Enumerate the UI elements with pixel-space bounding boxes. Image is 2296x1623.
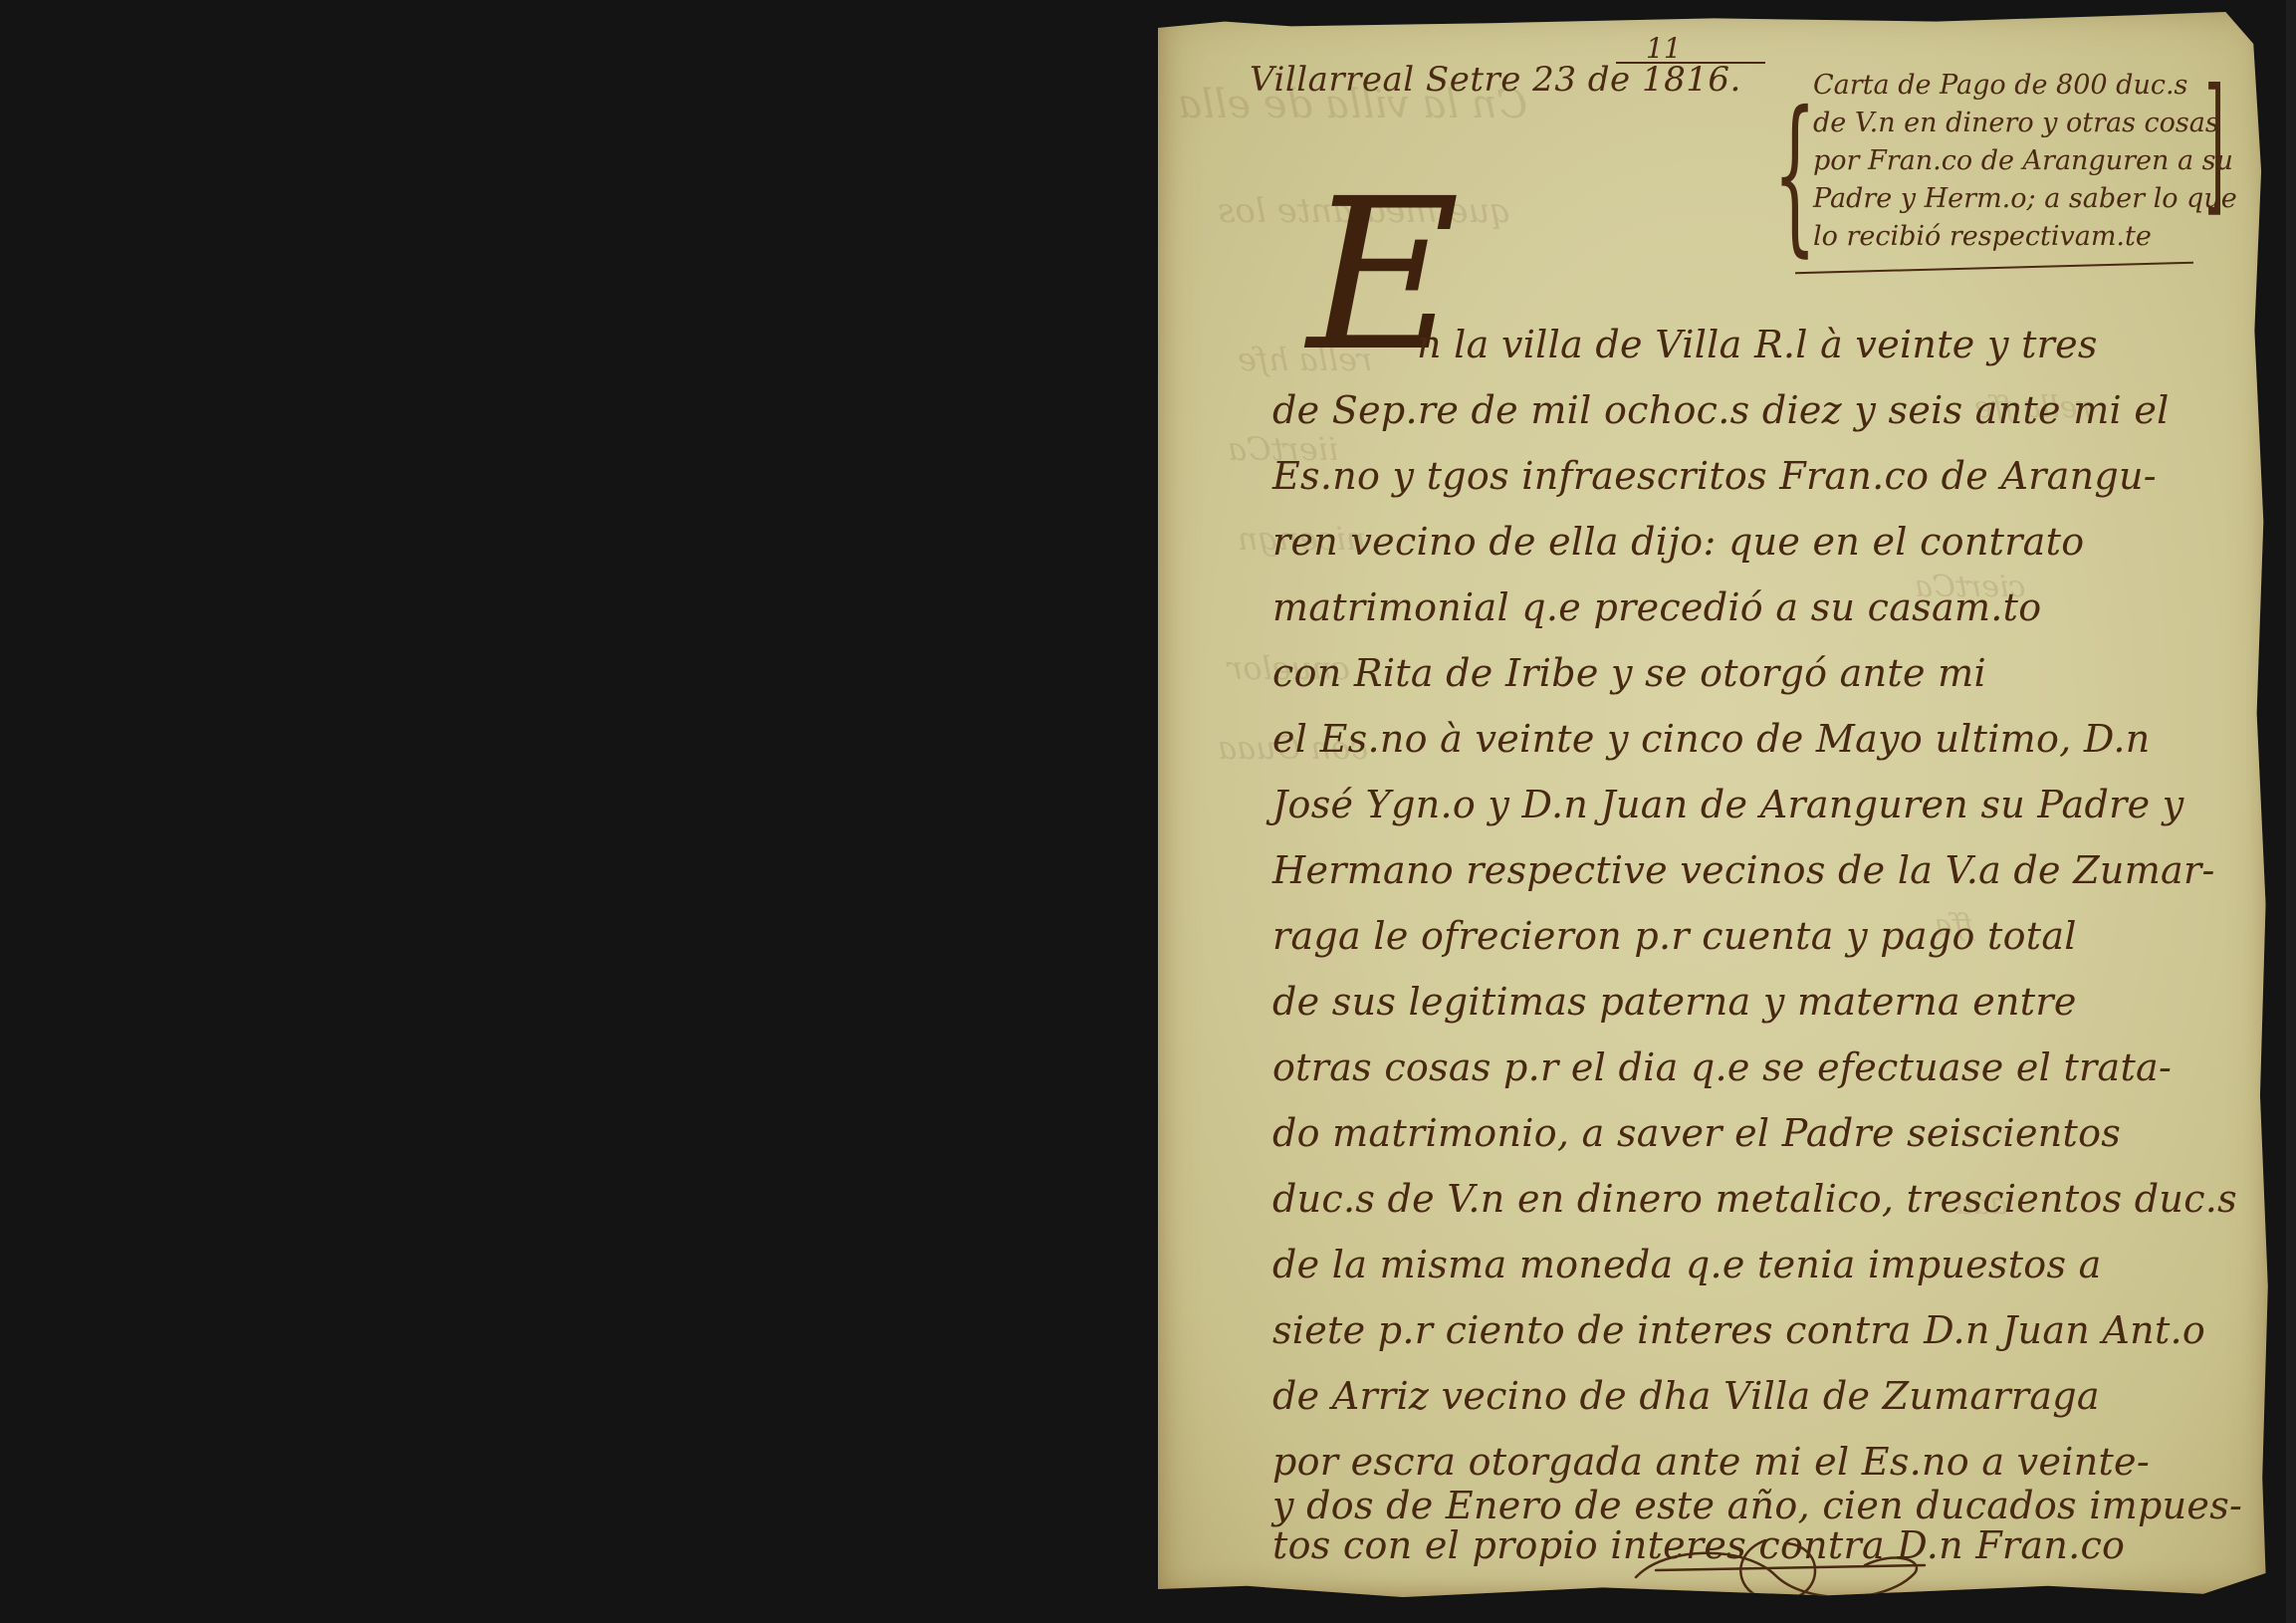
body-line: siete p.r ciento de interes contra D.n J… xyxy=(1272,1308,2205,1352)
summary-line: por Fran.co de Aranguren a su xyxy=(1813,145,2233,176)
body-line: de Arriz vecino de dha Villa de Zumarrag… xyxy=(1272,1374,2100,1418)
flourish-icon xyxy=(1626,1535,1945,1605)
left-brace-icon: { xyxy=(1773,90,1816,259)
body-line: otras cosas p.r el dia q.e se efectuase … xyxy=(1272,1045,2172,1089)
body-line: ren vecino de ella dijo: que en el contr… xyxy=(1272,520,2084,564)
body-line: n la villa de Villa R.l à veinte y tres xyxy=(1417,323,2098,366)
scanner-edge-bar xyxy=(2286,0,2296,1623)
body-line: Es.no y tgos infraescritos Fran.co de Ar… xyxy=(1272,454,2157,498)
summary-line: de V.n en dinero y otras cosas xyxy=(1813,108,2219,138)
body-line: con Rita de Iribe y se otorgó ante mi xyxy=(1272,651,1986,695)
body-line: matrimonial q.e precedió a su casam.to xyxy=(1272,585,2041,629)
body-line: José Ygn.o y D.n Juan de Aranguren su Pa… xyxy=(1272,783,2184,826)
body-line: Hermano respective vecinos de la V.a de … xyxy=(1272,848,2215,892)
body-line: duc.s de V.n en dinero metalico, trescie… xyxy=(1272,1177,2237,1221)
body-line: de sus legitimas paterna y materna entre xyxy=(1272,980,2077,1024)
margin-summary-box: { ] Carta de Pago de 800 duc.s de V.n en… xyxy=(1795,70,2213,269)
manuscript-page: Cn la villa de ella que mediante los rel… xyxy=(1158,12,2270,1605)
body-line: y dos de Enero de este año, cien ducados… xyxy=(1272,1484,2242,1527)
summary-line: Padre y Herm.o; a saber lo que xyxy=(1813,183,2237,214)
body-line: de Sep.re de mil ochoc.s diez y seis ant… xyxy=(1272,388,2170,432)
body-line: raga le ofrecieron p.r cuenta y pago tot… xyxy=(1272,914,2077,958)
body-line: por escra otorgada ante mi el Es.no a ve… xyxy=(1272,1440,2150,1484)
summary-line: Carta de Pago de 800 duc.s xyxy=(1813,70,2187,101)
body-line: de la misma moneda q.e tenia impuestos a xyxy=(1272,1243,2102,1286)
body-line: el Es.no à veinte y cinco de Mayo ultimo… xyxy=(1272,717,2151,761)
body-line: do matrimonio, a saver el Padre seiscien… xyxy=(1272,1111,2121,1155)
summary-line: lo recibió respectivam.te xyxy=(1813,221,2152,252)
folio-number: 11 xyxy=(1646,32,1682,65)
header-date-line: Villarreal Setre 23 de 1816. xyxy=(1250,60,1741,100)
document-viewer: Cn la villa de ella que mediante los rel… xyxy=(0,0,2296,1623)
summary-underline xyxy=(1795,262,2193,274)
folio-rule xyxy=(1616,62,1765,64)
